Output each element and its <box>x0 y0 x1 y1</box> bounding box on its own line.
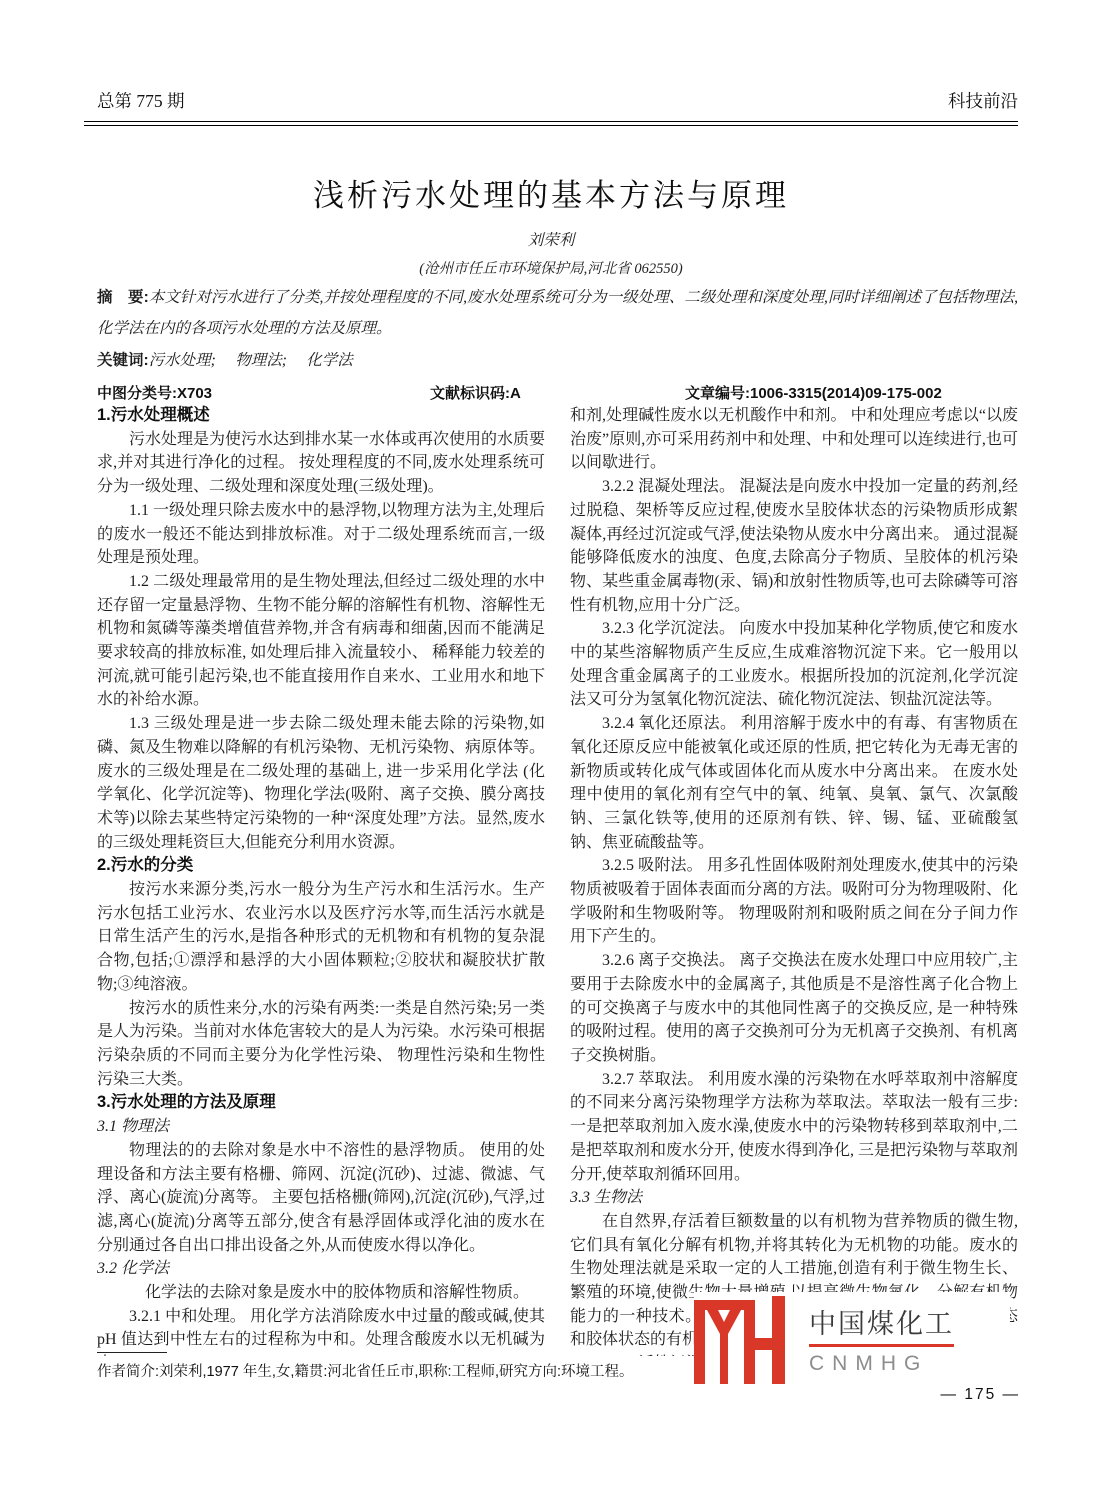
body-paragraph: 3.2.7 萃取法。 利用废水澡的污染物在水呼萃取剂中溶解度的不同来分离污染物理… <box>570 1068 1018 1187</box>
body-paragraph: 按污水的质性来分,水的污染有两类:一类是自然污染;另一类是人为污染。当前对水体危… <box>97 997 545 1092</box>
keywords-text: 污水处理; 物理法; 化学法 <box>149 352 353 369</box>
body-paragraph: 3.2.4 氧化还原法。 利用溶解于废水中的有毒、有害物质在氧化还原反应中能被氧… <box>570 712 1018 854</box>
body-paragraph: 3.2.1 中和处理。 用化学方法消除废水中过量的酸或碱,使其pH 值达到中性左… <box>97 1305 545 1356</box>
keywords-label: 关键词: <box>97 352 149 369</box>
journal-section: 科技前沿 <box>948 88 1018 113</box>
section-heading: 2.污水的分类 <box>97 854 545 878</box>
header-divider <box>84 121 1018 126</box>
footnote-text: 作者简介:刘荣利,1977 年生,女,籍贯:河北省任丘市,职称:工程师,研究方向… <box>97 1360 857 1381</box>
body-paragraph: 污水处理是为使污水达到排水某一水体或再次使用的水质要求,并对其进行净化的过程。 … <box>97 428 545 499</box>
body-paragraph: 物理法的的去除对象是水中不溶性的悬浮物质。 使用的处理设备和方法主要有格栅、筛网… <box>97 1139 545 1258</box>
issue-number: 总第 775 期 <box>97 88 185 113</box>
abstract-label: 摘 要: <box>97 289 149 306</box>
author-affiliation: (沧州市任丘市环境保护局,河北省 062550) <box>0 257 1102 278</box>
paper-page: 总第 775 期 科技前沿 浅析污水处理的基本方法与原理 刘荣利 (沧州市任丘市… <box>0 0 1102 1485</box>
body-columns: 1.污水处理概述污水处理是为使污水达到排水某一水体或再次使用的水质要求,并对其进… <box>97 404 1018 1356</box>
abstract: 摘 要:本文针对污水进行了分类,并按处理程度的不同,废水处理系统可分为一级处理、… <box>97 282 1018 344</box>
body-paragraph: 1.3 三级处理是进一步去除二级处理未能去除的污染物,如磷、氮及生物难以降解的有… <box>97 712 545 854</box>
journal-header: 总第 775 期 科技前沿 <box>97 88 1018 113</box>
subsection-heading: 3.1 物理法 <box>97 1115 545 1139</box>
body-paragraph: 按污水来源分类,污水一般分为生产污水和生活污水。生产污水包括工业污水、农业污水以… <box>97 878 545 997</box>
author-bio-footnote: 作者简介:刘荣利,1977 年生,女,籍贯:河北省任丘市,职称:工程师,研究方向… <box>97 1352 857 1381</box>
body-paragraph: 3.2.6 离子交换法。 离子交换法在废水处理口中应用较广,主要用于去除废水中的… <box>570 949 1018 1068</box>
subsection-heading: 3.3 生物法 <box>570 1186 1018 1210</box>
section-heading: 3.污水处理的方法及原理 <box>97 1091 545 1115</box>
body-paragraph: 3.2.5 吸附法。 用多孔性固体吸附剂处理废水,使其中的污染物质被吸着于固体表… <box>570 854 1018 949</box>
keywords: 关键词:污水处理; 物理法; 化学法 <box>97 346 1018 376</box>
frontmatter: 摘 要:本文针对污水进行了分类,并按处理程度的不同,废水处理系统可分为一级处理、… <box>97 282 1018 409</box>
body-paragraph-continued: 和剂,处理碱性废水以无机酸作中和剂。 中和处理应考虑以“以废治废”原则,亦可采用… <box>570 404 1018 475</box>
watermark-chinese-name: 中国煤化工 <box>809 1302 954 1347</box>
body-paragraph: 化学法的去除对象是废水中的胶体物质和溶解性物质。 <box>97 1281 545 1305</box>
body-paragraph: 1.1 一级处理只除去废水中的悬浮物,以物理方法为主,处理后的废水一般还不能达到… <box>97 499 545 570</box>
page-number: — 175 — <box>941 1386 1020 1404</box>
subsection-heading: 3.2 化学法 <box>97 1257 545 1281</box>
section-heading: 1.污水处理概述 <box>97 404 545 428</box>
right-column: 和剂,处理碱性废水以无机酸作中和剂。 中和处理应考虑以“以废治废”原则,亦可采用… <box>570 404 1018 1356</box>
page-title: 浅析污水处理的基本方法与原理 <box>0 170 1102 215</box>
author-name: 刘荣利 <box>0 228 1102 250</box>
left-column: 1.污水处理概述污水处理是为使污水达到排水某一水体或再次使用的水质要求,并对其进… <box>97 404 545 1356</box>
abstract-text: 本文针对污水进行了分类,并按处理程度的不同,废水处理系统可分为一级处理、二级处理… <box>97 289 1018 337</box>
body-paragraph: 3.2.3 化学沉淀法。 向废水中投加某种化学物质,使它和废水中的某些溶解物质产… <box>570 617 1018 712</box>
footnote-divider <box>97 1352 167 1353</box>
body-paragraph: 3.2.2 混凝处理法。 混凝法是向废水中投加一定量的药剂,经过脱稳、架桥等反应… <box>570 475 1018 617</box>
body-paragraph: 1.2 二级处理最常用的是生物处理法,但经过二级处理的水中还存留一定量悬浮物、生… <box>97 570 545 712</box>
